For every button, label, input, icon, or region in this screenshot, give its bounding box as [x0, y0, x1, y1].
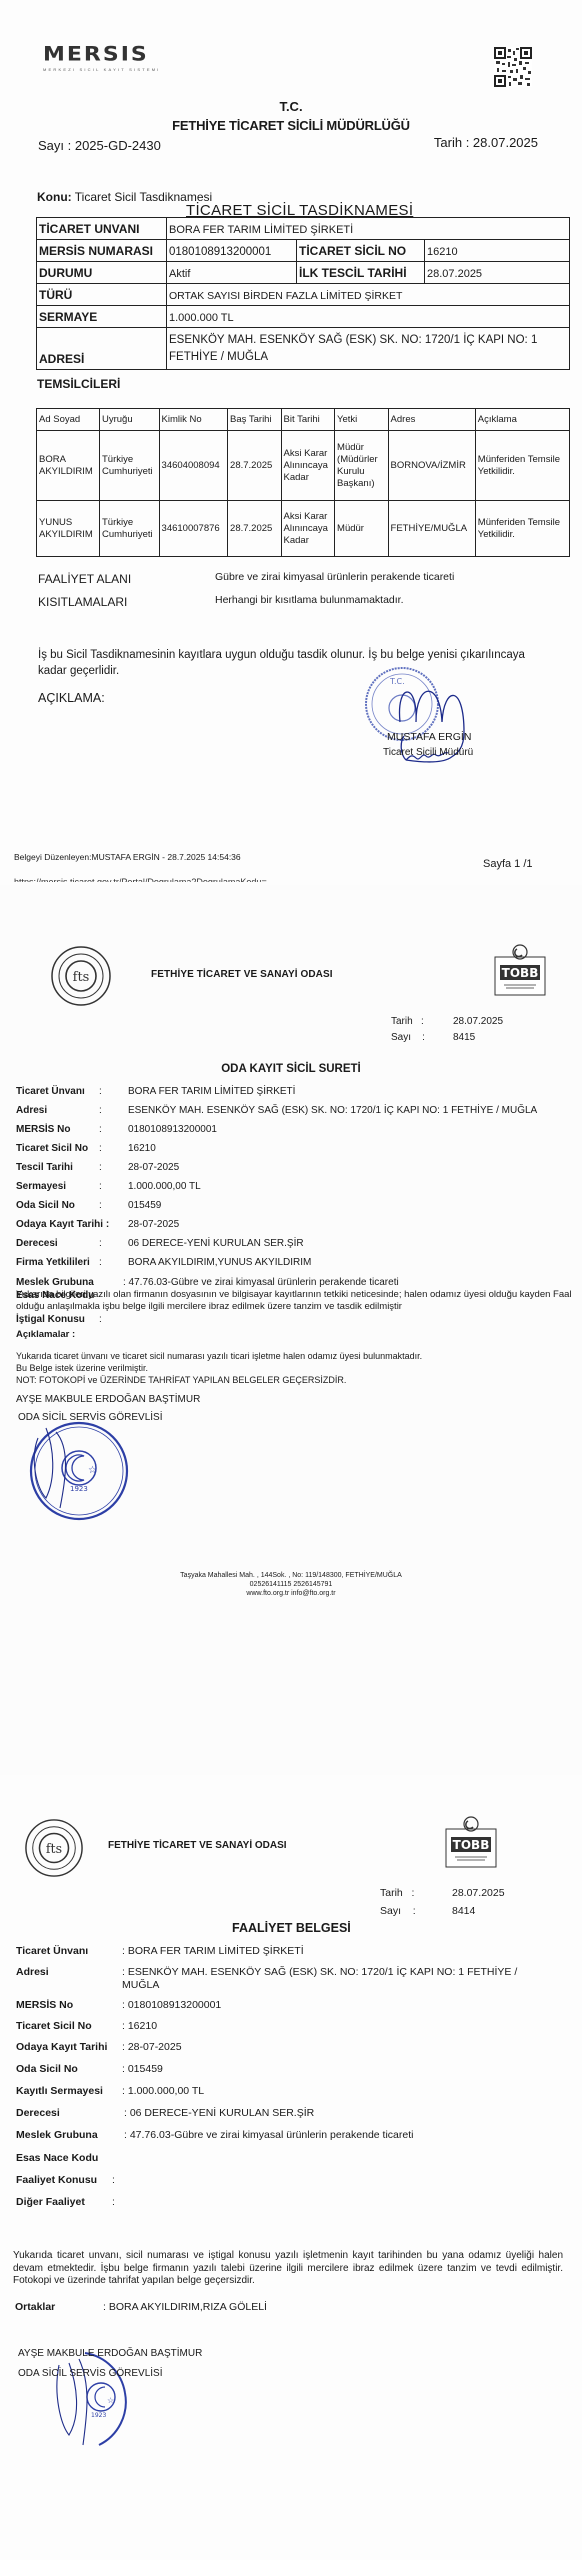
table-cell: Münferiden Temsile Yetkilidir. — [475, 431, 569, 501]
signer-title: ODA SİCİL SERVİS GÖREVLİSİ — [18, 1412, 163, 1423]
restrictions-value: Herhangi bir kısıtlama bulunmamaktadır. — [215, 594, 404, 606]
tobb-logo: TOBB — [445, 1815, 497, 1871]
field-value: : 28-07-2025 — [122, 2041, 522, 2054]
certification-text: Yukarıda bilgileri yazılı olan firmanın … — [16, 1289, 576, 1313]
field-colon: : — [99, 1314, 102, 1325]
mersis-logo: MERSIS MERKEZI SICIL KAYIT SISTEMI — [43, 44, 173, 72]
mersis-logo-text: MERSIS — [43, 45, 173, 65]
footer-phone: 02526141115 2526145791 — [0, 1580, 582, 1589]
svg-text:fts: fts — [46, 1841, 62, 1856]
cell-value: BORA FER TARIM LİMİTED ŞİRKETİ — [167, 218, 570, 240]
activity-area-label: FAALİYET ALANI — [38, 572, 131, 586]
field-label: MERSİS No — [16, 1999, 73, 2011]
document-title: ODA KAYIT SİCİL SURETİ — [0, 1063, 582, 1075]
field-value: : 0180108913200001 — [122, 1999, 522, 2012]
cell-value: 0180108913200001 — [167, 240, 297, 262]
chamber-name: FETHİYE TİCARET VE SANAYİ ODASI — [151, 969, 333, 980]
document-date: Tarih : 28.07.2025 — [434, 135, 538, 150]
svg-text:fts: fts — [73, 970, 90, 985]
date-label: Tarih : — [391, 1016, 424, 1027]
document-number: Sayı : 2025-GD-2430 — [38, 138, 161, 153]
table-cell: Münferiden Temsile Yetkilidir. — [475, 501, 569, 557]
cell-label: ADRESİ — [37, 328, 167, 370]
field-value: BORA AKYILDIRIM,YUNUS AKYILDIRIM — [128, 1257, 311, 1268]
field-label: Odaya Kayıt Tarihi : — [16, 1219, 109, 1230]
svg-text:☆: ☆ — [107, 2396, 114, 2405]
number-value: 8415 — [453, 1032, 475, 1043]
subject-label: Konu: — [37, 190, 72, 204]
certification-text: Yukarıda ticaret unvanı, sicil numarası … — [13, 2250, 563, 2288]
svg-text:1923: 1923 — [91, 2412, 106, 2419]
table-cell: Müdür (Müdürler Kurulu Başkanı) — [335, 431, 389, 501]
signer-title: Ticaret Sicili Müdürü — [383, 747, 473, 758]
column-header: Ad Soyad — [37, 409, 100, 431]
field-label: Ticaret Ünvanı — [16, 1945, 88, 1957]
field-value: 1.000.000,00 TL — [128, 1181, 201, 1192]
tobb-logo: TOBB — [494, 943, 546, 999]
svg-text:☆: ☆ — [88, 1465, 97, 1476]
field-value: : 47.76.03-Gübre ve zirai kimyasal ürünl… — [124, 2129, 524, 2142]
field-label: Oda Sicil No — [16, 2063, 78, 2075]
field-value: 015459 — [128, 1200, 161, 1211]
cell-value: ESENKÖY MAH. ESENKÖY SAĞ (ESK) SK. NO: 1… — [167, 328, 570, 370]
column-header: Baş Tarihi — [228, 409, 282, 431]
table-row: MERSİS NUMARASI 0180108913200001 TİCARET… — [37, 240, 570, 262]
signer-title: ODA SİCİL SERVİS GÖREVLİSİ — [18, 2368, 163, 2379]
verification-url[interactable]: https://mersis.ticaret.gov.tr/Portal/Dog… — [14, 877, 494, 882]
field-value: : 06 DERECE-YENİ KURULAN SER.ŞİR — [124, 2107, 524, 2120]
field-value: 28-07-2025 — [128, 1162, 179, 1173]
cell-label: DURUMU — [37, 262, 167, 284]
date-value: 28.07.2025 — [453, 1016, 503, 1027]
explanations-label: Açıklamalar : — [16, 1329, 75, 1340]
cell-value: 16210 — [425, 240, 570, 262]
explanation-line: NOT: FOTOKOPİ ve ÜZERİNDE TAHRİFAT YAPIL… — [16, 1374, 422, 1386]
table-row: TÜRÜ ORTAK SAYISI BİRDEN FAZLA LİMİTED Ş… — [37, 284, 570, 306]
explanations-text: Yukarıda ticaret ünvanı ve ticaret sicil… — [16, 1350, 422, 1386]
field-label: Tescil Tarihi — [16, 1162, 73, 1173]
chamber-seal-icon: ☆ 1923 — [55, 2345, 135, 2455]
field-colon: : — [99, 1181, 102, 1192]
field-value: : BORA FER TARIM LİMİTED ŞİRKETİ — [122, 1945, 522, 1958]
column-header: Adres — [388, 409, 475, 431]
qr-code-icon — [494, 47, 532, 87]
faaliyet-belgesi-page: fts FETHİYE TİCARET VE SANAYİ ODASI TOBB… — [0, 1775, 582, 2560]
field-colon: : — [99, 1124, 102, 1135]
field-colon: : — [99, 1238, 102, 1249]
field-label: Meslek Grubuna — [16, 1277, 94, 1288]
column-header: Yetki — [335, 409, 389, 431]
table-row: YUNUS AKYILDIRIMTürkiye Cumhuriyeti34610… — [37, 501, 570, 557]
address-line-1: ESENKÖY MAH. ESENKÖY SAĞ (ESK) SK. NO: 1… — [169, 332, 567, 349]
column-header: Uyruğu — [99, 409, 159, 431]
field-label: İştigal Konusu — [16, 1314, 85, 1325]
date-value: 28.07.2025 — [452, 1887, 505, 1899]
header-tc: T.C. — [0, 99, 582, 114]
activity-area-value: Gübre ve zirai kimyasal ürünlerin perake… — [215, 571, 454, 583]
field-value: : ESENKÖY MAH. ESENKÖY SAĞ (ESK) SK. NO:… — [122, 1966, 522, 1992]
explanation-line: Bu Belge istek üzerine verilmiştir. — [16, 1362, 422, 1374]
field-value: : — [112, 2196, 512, 2209]
fto-logo: fts — [50, 945, 112, 1007]
header-directorate: FETHİYE TİCARET SİCİLİ MÜDÜRLÜĞÜ — [0, 118, 582, 133]
date-label: Tarih : — [380, 1887, 414, 1899]
field-value: : 47.76.03-Gübre ve zirai kimyasal ürünl… — [123, 1277, 399, 1288]
field-value: BORA FER TARIM LİMİTED ŞİRKETİ — [128, 1086, 295, 1097]
signer-name: AYŞE MAKBULE ERDOĞAN BAŞTİMUR — [16, 1394, 200, 1405]
explanation-label: AÇIKLAMA: — [38, 691, 105, 705]
table-cell: Türkiye Cumhuriyeti — [99, 431, 159, 501]
table-cell: FETHİYE/MUĞLA — [388, 501, 475, 557]
fto-logo: fts — [24, 1818, 84, 1878]
field-label: Adresi — [16, 1105, 47, 1116]
company-info-table: TİCARET UNVANI BORA FER TARIM LİMİTED Şİ… — [36, 217, 570, 370]
column-header: Kimlik No — [159, 409, 227, 431]
field-colon: : — [99, 1143, 102, 1154]
field-value: : 16210 — [122, 2020, 522, 2033]
number-value: 8414 — [452, 1905, 475, 1917]
field-value: 06 DERECE-YENİ KURULAN SER.ŞİR — [128, 1238, 304, 1249]
cell-value: 1.000.000 TL — [167, 306, 570, 328]
table-row: ADRESİ ESENKÖY MAH. ESENKÖY SAĞ (ESK) SK… — [37, 328, 570, 370]
cell-value: ORTAK SAYISI BİRDEN FAZLA LİMİTED ŞİRKET — [167, 284, 570, 306]
representatives-title: TEMSİLCİLERİ — [37, 377, 120, 391]
field-value: : 1.000.000,00 TL — [122, 2085, 522, 2098]
field-label: Kayıtlı Sermayesi — [16, 2085, 103, 2097]
svg-text:TOBB: TOBB — [453, 1838, 490, 1852]
table-cell: Aksi Karar Alınıncaya Kadar — [281, 431, 335, 501]
table-row: DURUMU Aktif İLK TESCİL TARİHİ 28.07.202… — [37, 262, 570, 284]
field-label: Ticaret Sicil No — [16, 1143, 88, 1154]
field-label: Sermayesi — [16, 1181, 66, 1192]
table-row: BORA AKYILDIRIMTürkiye Cumhuriyeti346040… — [37, 431, 570, 501]
field-label: Faaliyet Konusu — [16, 2174, 97, 2186]
partners-value: : BORA AKYILDIRIM,RIZA GÖLELİ — [103, 2301, 267, 2313]
chamber-name: FETHİYE TİCARET VE SANAYİ ODASI — [108, 1840, 287, 1851]
table-cell: 34610007876 — [159, 501, 227, 557]
cell-label: TİCARET UNVANI — [37, 218, 167, 240]
field-label: Derecesi — [16, 1238, 58, 1249]
table-cell: 28.7.2025 — [228, 431, 282, 501]
field-label: Ticaret Sicil No — [16, 2020, 92, 2032]
chamber-footer: Taşyaka Mahallesi Mah. , 144Sok. , No: 1… — [0, 1571, 582, 1598]
svg-text:1923: 1923 — [70, 1485, 88, 1493]
table-cell: 28.7.2025 — [228, 501, 282, 557]
representatives-table: Ad SoyadUyruğuKimlik NoBaş TarihiBit Tar… — [36, 408, 570, 557]
issued-by: Belgeyi Düzenleyen:MUSTAFA ERGİN - 28.7.… — [14, 852, 241, 862]
table-cell: Aksi Karar Alınıncaya Kadar — [281, 501, 335, 557]
table-cell: 34604008094 — [159, 431, 227, 501]
table-cell: YUNUS AKYILDIRIM — [37, 501, 100, 557]
page-number: Sayfa 1 /1 — [483, 858, 533, 870]
signer-name: MUSTAFA ERGİN — [387, 731, 471, 743]
table-row: TİCARET UNVANI BORA FER TARIM LİMİTED Şİ… — [37, 218, 570, 240]
cell-label: SERMAYE — [37, 306, 167, 328]
field-colon: : — [99, 1086, 102, 1097]
field-value: : 015459 — [122, 2063, 522, 2076]
oda-kayit-sicil-sureti-page: fts FETHİYE TİCARET VE SANAYİ ODASI TOBB… — [0, 885, 582, 1775]
field-label: Diğer Faaliyet — [16, 2196, 85, 2208]
cell-label: İLK TESCİL TARİHİ — [297, 262, 425, 284]
field-value: ESENKÖY MAH. ESENKÖY SAĞ (ESK) SK. NO: 1… — [128, 1105, 537, 1116]
field-value: : — [112, 2174, 512, 2187]
field-label: Oda Sicil No — [16, 1200, 75, 1211]
document-title: FAALİYET BELGESİ — [232, 1921, 351, 1935]
number-label: Sayı : — [380, 1905, 416, 1917]
number-label: Sayı : — [391, 1032, 425, 1043]
field-colon: : — [99, 1200, 102, 1211]
table-cell: BORNOVA/İZMİR — [388, 431, 475, 501]
field-label: Odaya Kayıt Tarihi — [16, 2041, 107, 2053]
explanation-line: Yukarıda ticaret ünvanı ve ticaret sicil… — [16, 1350, 422, 1362]
mersis-tasdikname-page: MERSIS MERKEZI SICIL KAYIT SISTEMI T.C. … — [0, 0, 582, 885]
field-colon: : — [99, 1162, 102, 1173]
field-value: 0180108913200001 — [128, 1124, 217, 1135]
cell-label: TÜRÜ — [37, 284, 167, 306]
footer-web-email: www.fto.org.tr info@fto.org.tr — [0, 1589, 582, 1598]
table-cell: BORA AKYILDIRIM — [37, 431, 100, 501]
svg-text:TOBB: TOBB — [502, 966, 539, 980]
field-value: 16210 — [128, 1143, 156, 1154]
restrictions-label: KISITLAMALARI — [38, 595, 127, 609]
cell-value: 28.07.2025 — [425, 262, 570, 284]
footer-address: Taşyaka Mahallesi Mah. , 144Sok. , No: 1… — [0, 1571, 582, 1580]
field-label: Esas Nace Kodu — [16, 2152, 98, 2164]
cell-value: Aktif — [167, 262, 297, 284]
chamber-seal-icon: ☆ 1923 — [26, 1418, 132, 1524]
field-label: Ticaret Ünvanı — [16, 1086, 85, 1097]
table-cell: Türkiye Cumhuriyeti — [99, 501, 159, 557]
field-label: Adresi — [16, 1966, 49, 1978]
table-row: SERMAYE 1.000.000 TL — [37, 306, 570, 328]
table-header-row: Ad SoyadUyruğuKimlik NoBaş TarihiBit Tar… — [37, 409, 570, 431]
cell-label: TİCARET SİCİL NO — [297, 240, 425, 262]
column-header: Açıklama — [475, 409, 569, 431]
signer-name: AYŞE MAKBULE ERDOĞAN BAŞTİMUR — [18, 2348, 202, 2359]
field-label: MERSİS No — [16, 1124, 70, 1135]
cell-label: MERSİS NUMARASI — [37, 240, 167, 262]
field-label: Firma Yetkilileri — [16, 1257, 90, 1268]
field-label: Derecesi — [16, 2107, 60, 2119]
partners-label: Ortaklar — [15, 2301, 55, 2313]
field-colon: : — [99, 1257, 102, 1268]
address-line-2: FETHİYE / MUĞLA — [169, 349, 567, 366]
column-header: Bit Tarihi — [281, 409, 335, 431]
field-label: Meslek Grubuna — [16, 2129, 98, 2141]
table-cell: Müdür — [335, 501, 389, 557]
svg-text:T.C.: T.C. — [389, 677, 405, 686]
mersis-logo-tagline: MERKEZI SICIL KAYIT SISTEMI — [43, 67, 173, 72]
field-value: 28-07-2025 — [128, 1219, 179, 1230]
field-colon: : — [99, 1105, 102, 1116]
